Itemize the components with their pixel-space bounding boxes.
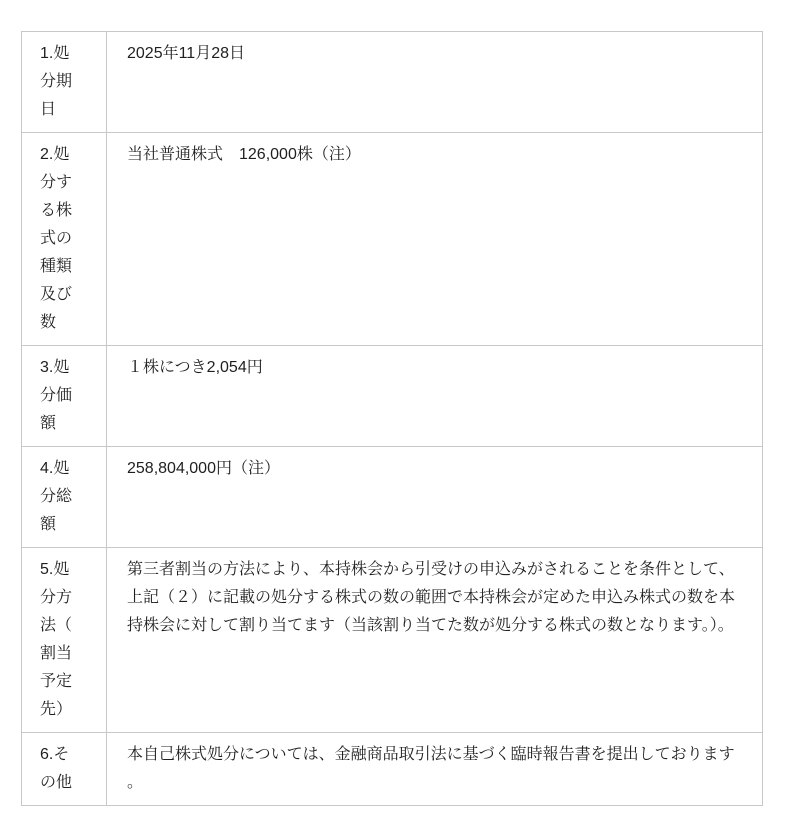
row-content-disposal-price: １株につき2,054円 — [107, 346, 763, 447]
row-label-disposal-date: 1.処分期日 — [22, 32, 107, 133]
row-content-disposal-method: 第三者割当の方法により、本持株会から引受けの申込みがされることを条件として、上記… — [107, 548, 763, 733]
document-body: 1.処分期日 2025年11月28日 2.処分する株式の種類及び数 当社普通株式… — [0, 0, 800, 806]
row-label-total-disposal-amount: 4.処分総額 — [22, 447, 107, 548]
table-row: 2.処分する株式の種類及び数 当社普通株式 126,000株（注） — [22, 133, 763, 346]
row-content-share-type-and-number: 当社普通株式 126,000株（注） — [107, 133, 763, 346]
table-row: 4.処分総額 258,804,000円（注） — [22, 447, 763, 548]
disposal-details-table: 1.処分期日 2025年11月28日 2.処分する株式の種類及び数 当社普通株式… — [21, 31, 763, 806]
row-label-other: 6.その他 — [22, 733, 107, 806]
row-label-disposal-price: 3.処分価額 — [22, 346, 107, 447]
table-row: 6.その他 本自己株式処分については、金融商品取引法に基づく臨時報告書を提出して… — [22, 733, 763, 806]
row-label-disposal-method: 5.処分方法（割当予定先） — [22, 548, 107, 733]
page: 1.処分期日 2025年11月28日 2.処分する株式の種類及び数 当社普通株式… — [0, 0, 800, 835]
row-label-share-type-and-number: 2.処分する株式の種類及び数 — [22, 133, 107, 346]
row-content-total-disposal-amount: 258,804,000円（注） — [107, 447, 763, 548]
table-row: 3.処分価額 １株につき2,054円 — [22, 346, 763, 447]
row-content-other: 本自己株式処分については、金融商品取引法に基づく臨時報告書を提出しております。 — [107, 733, 763, 806]
row-content-disposal-date: 2025年11月28日 — [107, 32, 763, 133]
table-row: 5.処分方法（割当予定先） 第三者割当の方法により、本持株会から引受けの申込みが… — [22, 548, 763, 733]
table-row: 1.処分期日 2025年11月28日 — [22, 32, 763, 133]
